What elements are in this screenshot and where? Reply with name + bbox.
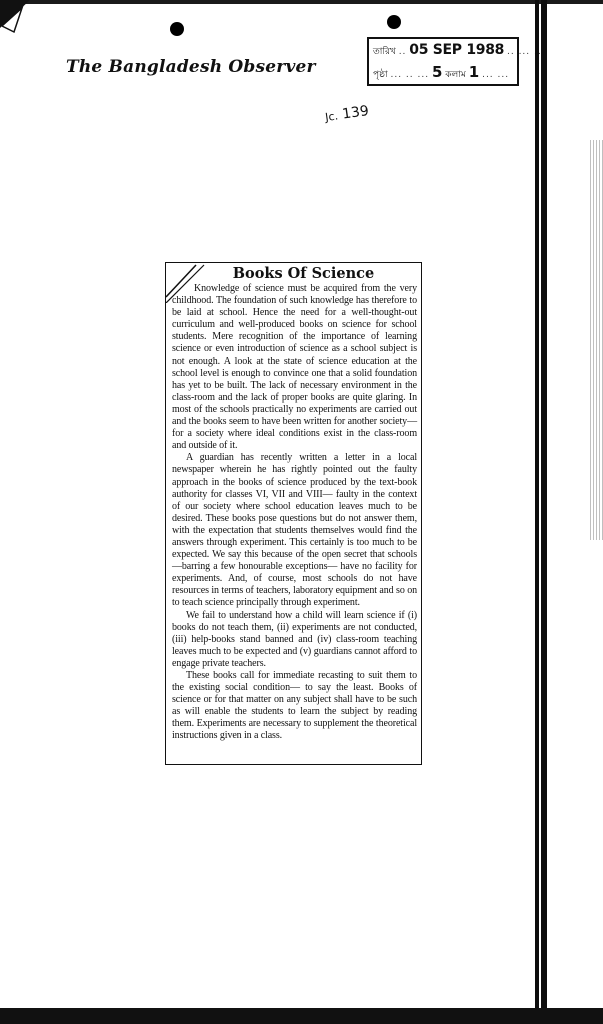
corner-slash-decoration-icon — [166, 263, 206, 303]
article-title: Books Of Science — [190, 265, 417, 282]
date-stamp: তারিখ .. 05 SEP 1988 .. ... ... পৃষ্ঠা .… — [367, 37, 519, 86]
right-edge-speckle — [588, 140, 603, 540]
stamp-dots: .. ... ... — [507, 47, 546, 57]
stamp-page-value: 5 — [432, 63, 442, 81]
punch-hole-left — [170, 22, 184, 36]
article-paragraph: These books call for immediate recasting… — [172, 670, 417, 743]
punch-hole-right — [387, 15, 401, 29]
article-paragraph: Knowledge of science must be acquired fr… — [172, 283, 417, 452]
folded-corner-icon — [0, 0, 30, 40]
binding-bar-left — [535, 0, 539, 1010]
article-paragraph: A guardian has recently written a letter… — [172, 452, 417, 609]
stamp-date-label: তারিখ — [373, 47, 396, 57]
stamp-date-row: তারিখ .. 05 SEP 1988 .. ... ... — [373, 42, 546, 59]
scan-top-edge — [0, 0, 603, 4]
reference-value: 139 — [341, 103, 370, 123]
article-paragraph: We fail to understand how a child will l… — [172, 610, 417, 670]
stamp-page-row: পৃষ্ঠা ... .. ... 5 কলাম 1 ... ... — [373, 63, 509, 82]
publication-masthead: The Bangladesh Observer — [66, 57, 316, 77]
stamp-page-label: পৃষ্ঠা — [373, 70, 388, 80]
binding-bar-right — [541, 0, 547, 1010]
scan-bottom-edge — [0, 1008, 603, 1024]
reference-number: Jc. 139 — [324, 103, 370, 125]
article-body: Knowledge of science must be acquired fr… — [172, 283, 417, 743]
stamp-column-value: 1 — [469, 63, 479, 81]
article-clipping: Books Of Science Knowledge of science mu… — [165, 262, 422, 765]
stamp-date-value: 05 SEP 1988 — [409, 42, 504, 58]
reference-prefix: Jc. — [324, 109, 338, 124]
stamp-column-label: কলাম — [445, 70, 466, 80]
